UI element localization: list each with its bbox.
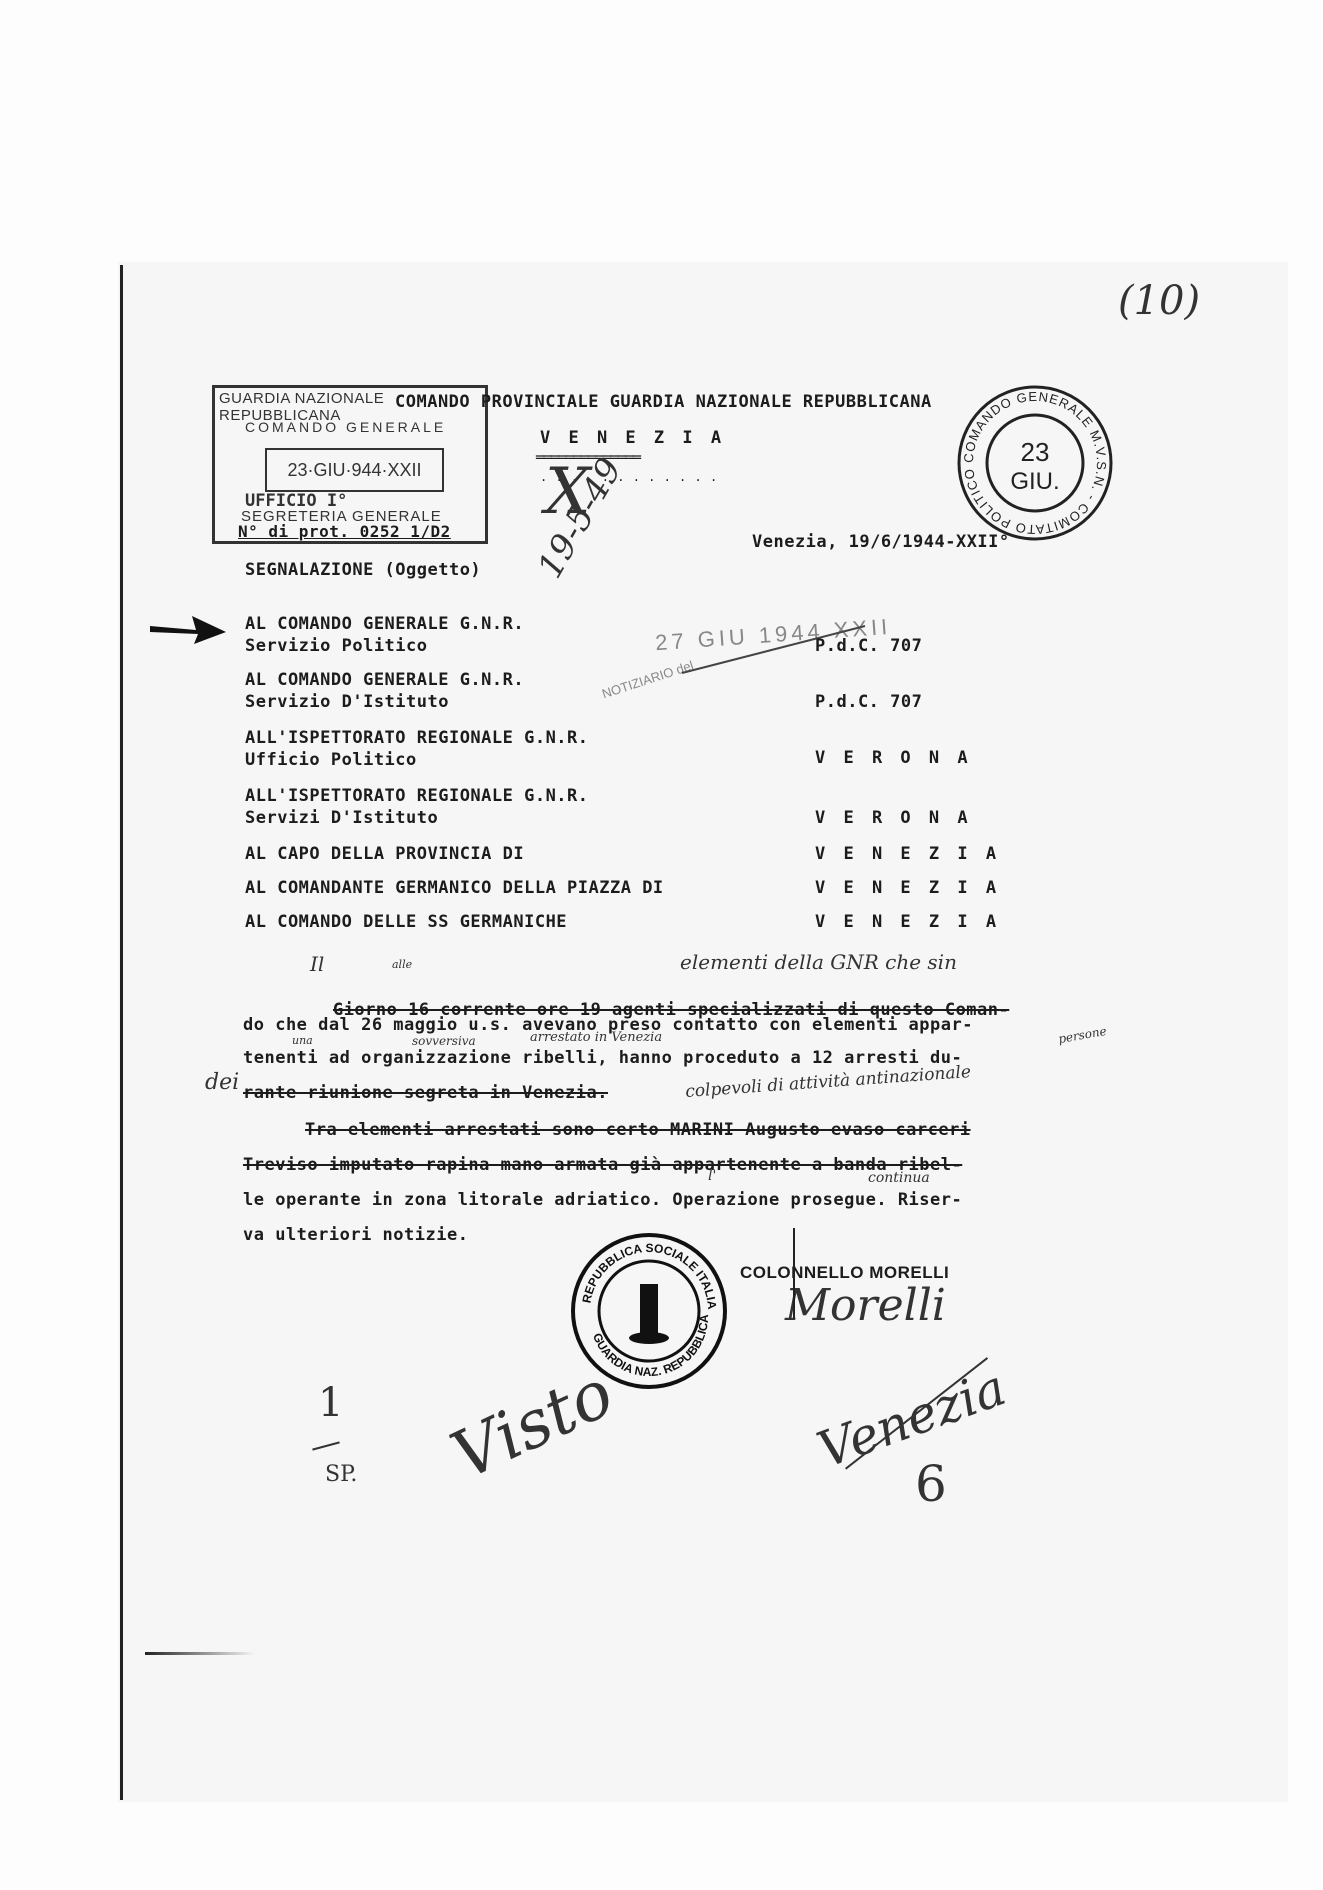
edit-sovversiva: sovversiva xyxy=(412,1034,476,1048)
round-stamp: COMANDO GENERALE M.V.S.N. - COMITATO POL… xyxy=(955,383,1115,543)
recipient-destination: P.d.C. 707 xyxy=(815,692,922,712)
recipient-destination: V E N E Z I A xyxy=(815,878,1000,898)
edit-alle: alle xyxy=(392,958,412,971)
recipient-destination: V E R O N A xyxy=(815,748,972,768)
recipient-line2: Servizio D'Istituto xyxy=(245,692,449,712)
recipient-line2: Servizio Politico xyxy=(245,636,428,656)
arrow-icon xyxy=(148,612,228,646)
header-city: V E N E Z I A xyxy=(540,428,725,448)
edit-elementi-gnr: elementi della GNR che sin xyxy=(680,950,957,974)
recipient-line1: AL COMANDANTE GERMANICO DELLA PIAZZA DI xyxy=(245,878,664,898)
recipient-line1: AL COMANDO DELLE SS GERMANICHE xyxy=(245,912,567,932)
fasces-emblem-icon xyxy=(640,1284,658,1336)
office-header: COMANDO PROVINCIALE GUARDIA NAZIONALE RE… xyxy=(395,392,932,412)
round-stamp-day: 23 xyxy=(1021,437,1050,467)
box-stamp-date: 23·GIU·944·XXII xyxy=(265,448,444,492)
recipient-line1: AL CAPO DELLA PROVINCIA DI xyxy=(245,844,524,864)
edit-dei: dei xyxy=(205,1070,239,1095)
edit-arrestato-venezia: arrestato in Venezia xyxy=(530,1030,662,1045)
recipient-line1: AL COMANDO GENERALE G.N.R. xyxy=(245,670,524,690)
round-stamp-month: GIU. xyxy=(1010,468,1059,495)
body-p2-line1: Tra elementi arrestati sono certo MARINI… xyxy=(305,1120,971,1140)
recipient-line2: Ufficio Politico xyxy=(245,750,417,770)
recipient-destination: V E N E Z I A xyxy=(815,912,1000,932)
edit-l: l' xyxy=(708,1168,716,1184)
fraction-top: 1 xyxy=(318,1380,343,1426)
recipient-destination: V E N E Z I A xyxy=(815,844,1000,864)
box-stamp-line2: COMANDO GENERALE xyxy=(245,419,446,435)
handwritten-signature: Morelli xyxy=(785,1280,946,1331)
body-p1-line3: tenenti ad organizzazione ribelli, hanno… xyxy=(243,1048,962,1068)
body-p2-line3: le operante in zona litorale adriatico. … xyxy=(243,1190,962,1210)
page-number-annotation: (10) xyxy=(1118,278,1200,324)
recipient-line1: AL COMANDO GENERALE G.N.R. xyxy=(245,614,524,634)
body-p2-line4: va ulteriori notizie. xyxy=(243,1225,468,1245)
edit-continua: continua xyxy=(868,1170,930,1186)
sheet-left-edge xyxy=(120,265,123,1800)
subject-line: SEGNALAZIONE (Oggetto) xyxy=(245,560,481,580)
venezia-number: 6 xyxy=(915,1455,947,1513)
recipient-line1: ALL'ISPETTORATO REGIONALE G.N.R. xyxy=(245,786,589,806)
edit-una: una xyxy=(292,1034,313,1047)
document-page: (10) GUARDIA NAZIONALE REPUBBLICANA COMA… xyxy=(0,0,1323,1890)
recipient-line2: Servizi D'Istituto xyxy=(245,808,438,828)
recipient-destination: V E R O N A xyxy=(815,808,972,828)
body-p2-line2: Treviso imputato rapina mano armata già … xyxy=(243,1155,962,1175)
margin-stroke xyxy=(145,1652,255,1655)
body-p1-line4: rante riunione segreta in Venezia. xyxy=(243,1083,608,1103)
signature-stroke xyxy=(793,1228,795,1318)
fraction-bottom: SP. xyxy=(325,1462,357,1487)
recipient-destination: P.d.C. 707 xyxy=(815,636,922,656)
protocol-number: N° di prot. 0252 1/D2 xyxy=(238,522,451,541)
edit-il: Il xyxy=(310,952,324,976)
recipient-line1: ALL'ISPETTORATO REGIONALE G.N.R. xyxy=(245,728,589,748)
